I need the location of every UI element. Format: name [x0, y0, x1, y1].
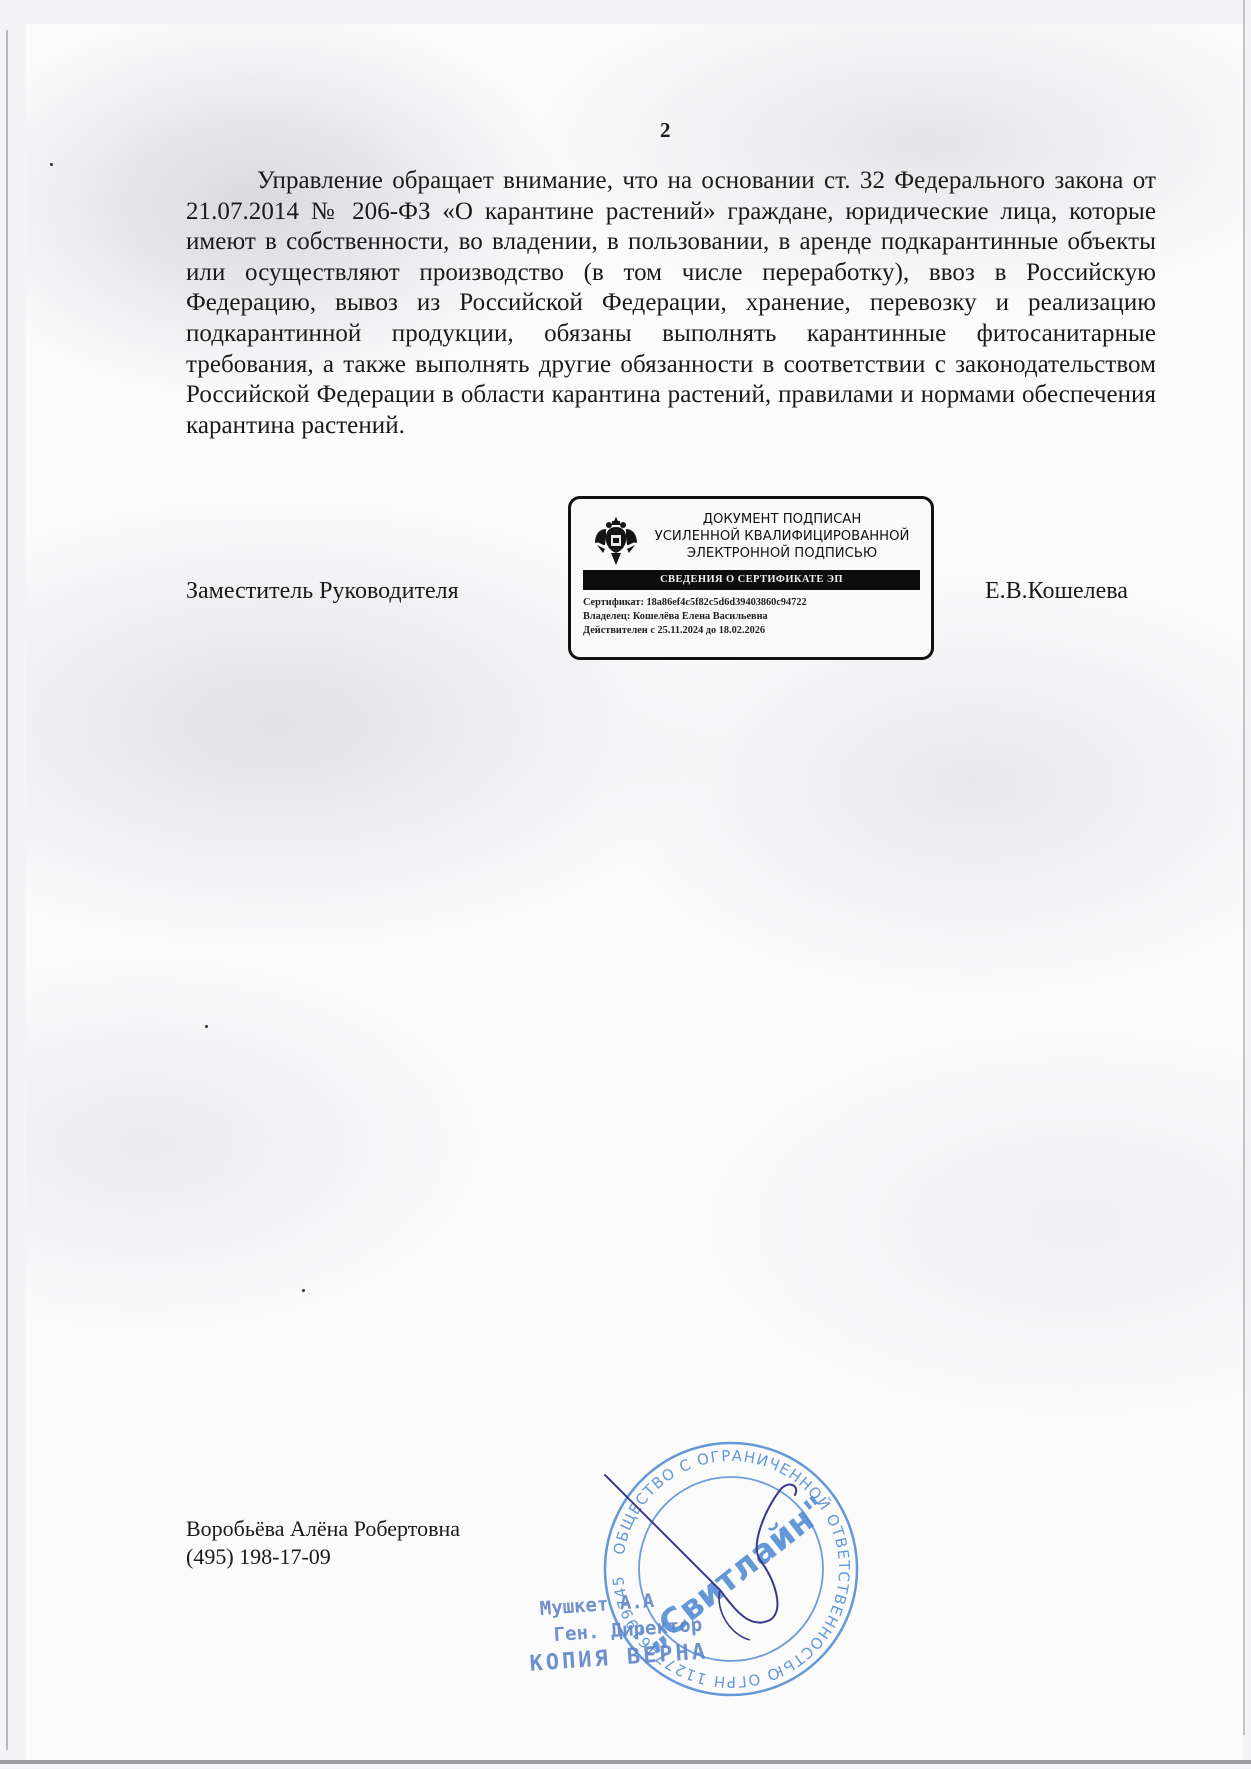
executor-contact: Воробьёва Алёна Робертовна (495) 198-17-… [186, 1515, 460, 1571]
esig-heading-line-2: УСИЛЕННОЙ КВАЛИФИЦИРОВАННОЙ [641, 528, 923, 545]
electronic-signature-box: ДОКУМЕНТ ПОДПИСАН УСИЛЕННОЙ КВАЛИФИЦИРОВ… [568, 496, 934, 660]
esig-heading-line-1: ДОКУМЕНТ ПОДПИСАН [641, 511, 923, 528]
certificate-info-bar: СВЕДЕНИЯ О СЕРТИФИКАТЕ ЭП [583, 570, 920, 590]
scan-speck [50, 163, 53, 166]
scan-edge-bottom [0, 1760, 1251, 1764]
state-emblem-icon [593, 515, 639, 567]
body-paragraph: Управление обращает внимание, что на осн… [186, 166, 1156, 441]
signatory-position: Заместитель Руководителя [186, 578, 459, 605]
executor-name: Воробьёва Алёна Робертовна [186, 1515, 460, 1543]
esig-heading-line-3: ЭЛЕКТРОННОЙ ПОДПИСЬЮ [641, 545, 923, 562]
scan-speck [302, 1289, 305, 1292]
scan-edge-right [1243, 0, 1245, 1735]
scan-speck [205, 1025, 208, 1028]
certificate-details: Сертификат: 18a86ef4c5f82c5d6d39403860c9… [583, 596, 807, 638]
certificate-validity: Действителен с 25.11.2024 до 18.02.2026 [583, 624, 807, 638]
scan-edge-left [6, 30, 8, 1750]
certified-copy-stamp: Мушкет А.А Ген. Директор КОПИЯ ВЕРНА [525, 1585, 709, 1678]
certificate-number: Сертификат: 18a86ef4c5f82c5d6d39403860c9… [583, 596, 807, 610]
esig-heading: ДОКУМЕНТ ПОДПИСАН УСИЛЕННОЙ КВАЛИФИЦИРОВ… [641, 511, 923, 562]
signatory-name: Е.В.Кошелева [985, 578, 1128, 605]
executor-phone: (495) 198-17-09 [186, 1543, 460, 1571]
page-number: 2 [660, 118, 671, 143]
certificate-owner: Владелец: Кошелёва Елена Васильевна [583, 610, 807, 624]
